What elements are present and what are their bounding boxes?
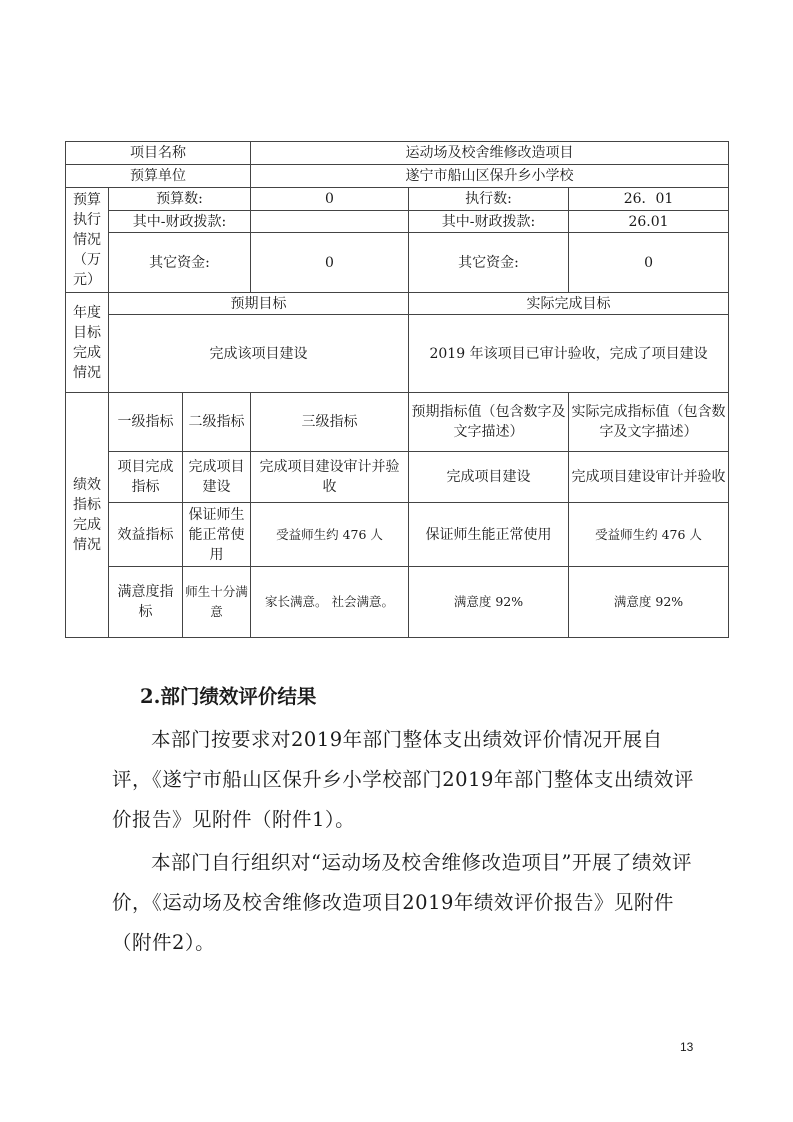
indicator-cell: 保证师生能正常使用 [183, 503, 251, 567]
actual-goal-value: 2019 年该项目已审计验收，完成了项目建设 [409, 315, 729, 393]
section-heading: 2.部门绩效评价结果 [140, 681, 316, 709]
paragraph-project-evaluation: 本部门自行组织对“运动场及校舍维修改造项目”开展了绩效评价，《运动场及校舍维修改… [112, 843, 702, 963]
indicators-section-label: 绩效指标完成情况 [66, 393, 109, 638]
budget-value: 0 [251, 188, 409, 211]
indicator-cell: 项目完成指标 [109, 452, 183, 503]
indicator-cell: 师生十分满意 [183, 567, 251, 638]
other-label-left: 其它资金: [109, 233, 251, 293]
indicator-cell: 家长满意。 社会满意。 [251, 567, 409, 638]
indicator-header-level1: 一级指标 [109, 393, 183, 452]
other-label-right: 其它资金: [409, 233, 569, 293]
indicator-cell: 受益师生约 476 人 [569, 503, 729, 567]
indicator-cell: 满意度指标 [109, 567, 183, 638]
indicator-cell: 保证师生能正常使用 [409, 503, 569, 567]
table-row: 项目完成指标 完成项目建设 完成项目建设审计并验收 完成项目建设 完成项目建设审… [66, 452, 729, 503]
fiscal-label-left: 其中-财政拨款: [109, 211, 251, 233]
indicator-cell: 受益师生约 476 人 [251, 503, 409, 567]
actual-goal-header: 实际完成目标 [409, 293, 729, 315]
table-row: 满意度指标 师生十分满意 家长满意。 社会满意。 满意度 92% 满意度 92% [66, 567, 729, 638]
table-row: 效益指标 保证师生能正常使用 受益师生约 476 人 保证师生能正常使用 受益师… [66, 503, 729, 567]
indicator-cell: 满意度 92% [569, 567, 729, 638]
performance-table: 项目名称 运动场及校舍维修改造项目 预算单位 遂宁市船山区保升乡小学校 预算执行… [65, 141, 729, 638]
budget-exec-section-label: 预算执行情况（万元） [66, 188, 109, 293]
project-name-label: 项目名称 [66, 142, 251, 165]
expected-goal-value: 完成该项目建设 [109, 315, 409, 393]
expected-goal-header: 预期目标 [109, 293, 409, 315]
indicator-header-level2: 二级指标 [183, 393, 251, 452]
indicator-header-expected: 预期指标值（包含数字及文字描述） [409, 393, 569, 452]
annual-goal-section-label: 年度目标完成情况 [66, 293, 109, 393]
indicator-cell: 完成项目建设 [183, 452, 251, 503]
page-number: 13 [680, 1040, 693, 1054]
exec-label: 执行数: [409, 188, 569, 211]
other-value-left: 0 [251, 233, 409, 293]
indicator-cell: 完成项目建设 [409, 452, 569, 503]
budget-unit-value: 遂宁市船山区保升乡小学校 [251, 165, 729, 188]
budget-label: 预算数: [109, 188, 251, 211]
indicator-header-level3: 三级指标 [251, 393, 409, 452]
other-value-right: 0 [569, 233, 729, 293]
budget-unit-label: 预算单位 [66, 165, 251, 188]
indicator-cell: 完成项目建设审计并验收 [251, 452, 409, 503]
project-name-value: 运动场及校舍维修改造项目 [251, 142, 729, 165]
fiscal-value-left [251, 211, 409, 233]
indicator-cell: 效益指标 [109, 503, 183, 567]
indicator-cell: 完成项目建设审计并验收 [569, 452, 729, 503]
exec-value: 26．01 [569, 188, 729, 211]
fiscal-label-right: 其中-财政拨款: [409, 211, 569, 233]
fiscal-value-right: 26.01 [569, 211, 729, 233]
indicator-cell: 满意度 92% [409, 567, 569, 638]
indicator-header-actual: 实际完成指标值（包含数字及文字描述） [569, 393, 729, 452]
paragraph-self-evaluation: 本部门按要求对2019年部门整体支出绩效评价情况开展自评，《遂宁市船山区保升乡小… [112, 720, 702, 840]
